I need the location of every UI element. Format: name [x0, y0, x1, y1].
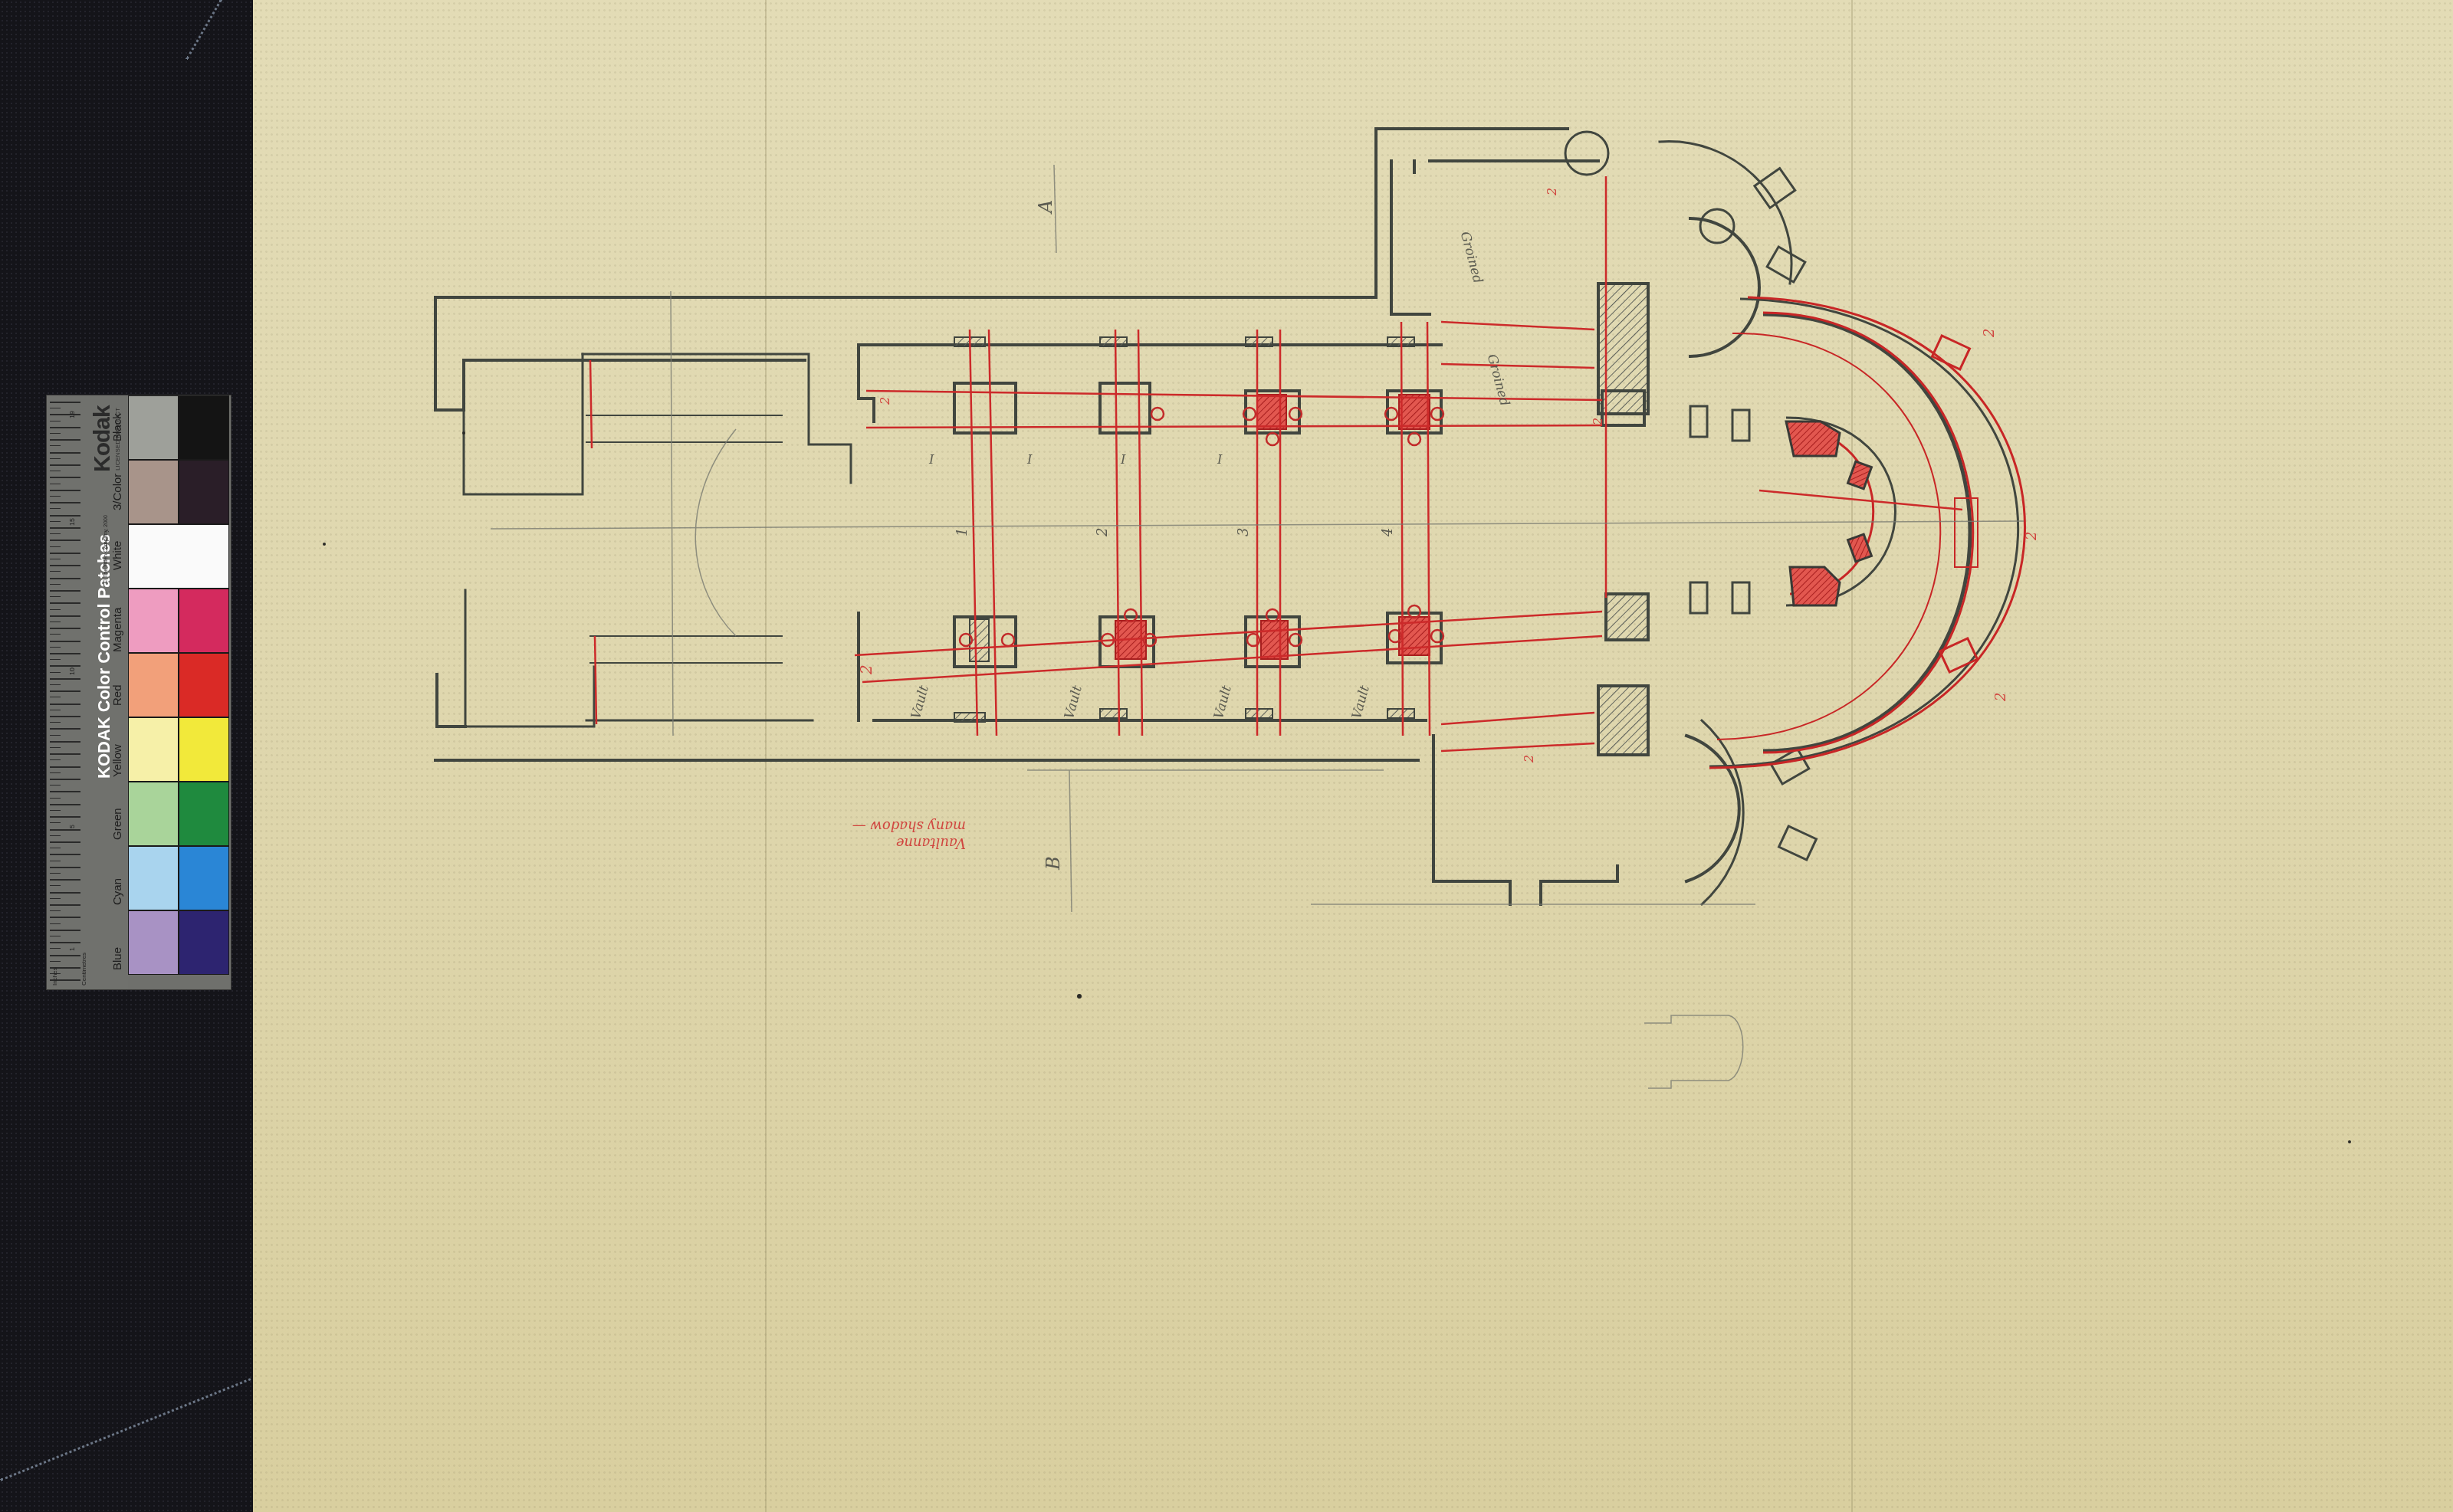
- patch-label-3color: 3/Color: [111, 474, 124, 510]
- dimension-mark: 2: [1545, 188, 1559, 195]
- cm-mark: 10: [68, 667, 76, 675]
- patch-label-blue: Blue: [111, 947, 124, 970]
- pier-label: I: [1027, 452, 1032, 467]
- patch-label-black: Black: [111, 413, 124, 441]
- bay-number-3: 3: [1236, 528, 1252, 536]
- cm-mark: 1: [68, 947, 76, 951]
- dimension-mark: 2: [1982, 329, 1998, 337]
- pier-label: I: [929, 452, 934, 467]
- red-note-line: Vaultanne: [852, 834, 966, 851]
- patch-blue-dark: [179, 910, 229, 975]
- dimension-mark: 2: [878, 397, 892, 405]
- color-patches: [128, 395, 229, 989]
- patch-white: [128, 524, 229, 589]
- patch-red-dark: [179, 653, 229, 717]
- dimension-mark: 2: [1993, 693, 2009, 701]
- section-marker-a: A: [1035, 200, 1056, 213]
- patch-label-green: Green: [111, 808, 124, 840]
- patch-cyan-dark: [179, 846, 229, 910]
- red-handwritten-note: Vaultanne many shadow —: [852, 817, 966, 851]
- bay-number-1: 1: [954, 528, 970, 536]
- patch-label-cyan: Cyan: [111, 878, 124, 905]
- church-floor-plan: [0, 0, 2453, 1512]
- dimension-mark: 2: [857, 664, 875, 674]
- patch-label-magenta: Magenta: [111, 608, 124, 652]
- patch-red-light: [128, 653, 179, 717]
- pier-label: I: [1217, 452, 1222, 467]
- centimetres-label: Centimetres: [80, 953, 87, 986]
- patch-green-dark: [179, 782, 229, 846]
- target-copyright: © The Tiffen Company, 2000: [103, 515, 109, 583]
- patch-3color-light: [128, 460, 179, 524]
- patch-black-dark: [179, 395, 229, 460]
- cm-mark: 15: [68, 518, 76, 526]
- patch-label-white: White: [111, 541, 124, 570]
- patch-yellow-light: [128, 717, 179, 782]
- patch-3color-dark: [179, 460, 229, 524]
- pier-label: I: [1121, 452, 1125, 467]
- patch-blue-light: [128, 910, 179, 975]
- patch-magenta-light: [128, 589, 179, 653]
- bay-number-2: 2: [1095, 528, 1111, 536]
- patch-black-light: [128, 395, 179, 460]
- patch-magenta-dark: [179, 589, 229, 653]
- ruler-minor-ticks: [50, 402, 61, 983]
- patch-yellow-dark: [179, 717, 229, 782]
- patch-label-red: Red: [111, 684, 124, 706]
- dimension-mark: 2: [1591, 418, 1605, 425]
- dimension-mark: 2: [1522, 755, 1536, 763]
- patch-label-yellow: Yellow: [111, 744, 124, 777]
- cm-mark: 19: [68, 411, 76, 418]
- bay-number-4: 4: [1380, 528, 1396, 536]
- kodak-color-control-target: Inches Centimetres 1 5 10 15 19 KODAK Co…: [46, 395, 232, 990]
- section-marker-b: B: [1043, 856, 1064, 870]
- patch-cyan-light: [128, 846, 179, 910]
- patch-green-light: [128, 782, 179, 846]
- cm-mark: 5: [68, 825, 76, 828]
- inches-label: Inches: [51, 967, 58, 986]
- dimension-mark: 2: [2024, 532, 2040, 540]
- red-note-line: many shadow —: [852, 817, 966, 834]
